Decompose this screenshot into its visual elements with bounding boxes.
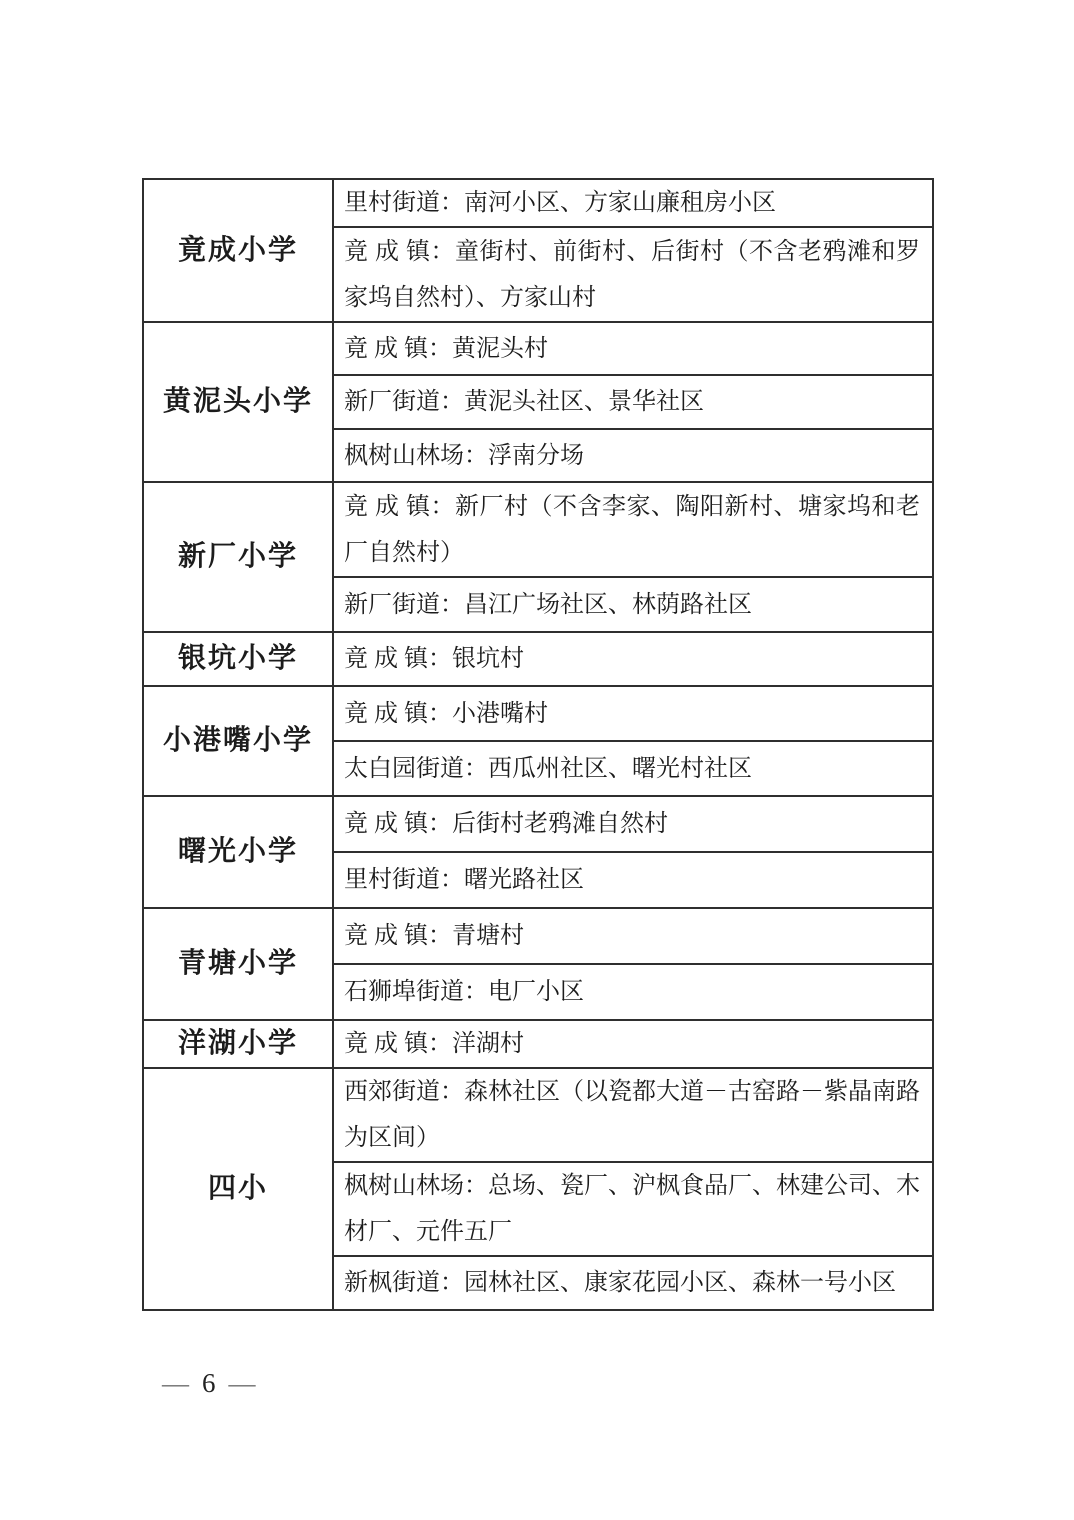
table-row: 竟成小学里村街道：南河小区、方家山廉租房小区 — [143, 179, 933, 227]
table-row: 黄泥头小学竟 成 镇：黄泥头村 — [143, 322, 933, 375]
zone-cell: 竟 成 镇：新厂村（不含李家、陶阳新村、塘家坞和老厂自然村） — [333, 482, 933, 577]
table-row: 洋湖小学竟 成 镇：洋湖村 — [143, 1020, 933, 1068]
zone-cell: 竟 成 镇：青塘村 — [333, 908, 933, 964]
document-page: 竟成小学里村街道：南河小区、方家山廉租房小区竟 成 镇：童街村、前街村、后街村（… — [0, 0, 1074, 1520]
zone-cell: 新枫街道：园林社区、康家花园小区、森林一号小区 — [333, 1256, 933, 1310]
zone-cell: 竟 成 镇：银坑村 — [333, 632, 933, 686]
zone-cell: 西郊街道：森林社区（以瓷都大道－古窑路－紫晶南路为区间） — [333, 1068, 933, 1162]
school-zone-table: 竟成小学里村街道：南河小区、方家山廉租房小区竟 成 镇：童街村、前街村、后街村（… — [142, 178, 934, 1311]
zone-cell: 里村街道：南河小区、方家山廉租房小区 — [333, 179, 933, 227]
zone-cell: 石狮埠街道：电厂小区 — [333, 964, 933, 1020]
zone-cell: 枫树山林场：总场、瓷厂、沪枫食品厂、林建公司、木材厂、元件五厂 — [333, 1162, 933, 1256]
zone-cell: 太白园街道：西瓜州社区、曙光村社区 — [333, 741, 933, 796]
school-name-cell: 新厂小学 — [143, 482, 333, 632]
page-number-dash-left: — — [162, 1368, 189, 1399]
school-name-cell: 小港嘴小学 — [143, 686, 333, 796]
zone-cell: 竟 成 镇：后街村老鸦滩自然村 — [333, 796, 933, 852]
school-name-cell: 曙光小学 — [143, 796, 333, 908]
table-row: 青塘小学竟 成 镇：青塘村 — [143, 908, 933, 964]
school-name-cell: 四小 — [143, 1068, 333, 1310]
table-row: 银坑小学竟 成 镇：银坑村 — [143, 632, 933, 686]
zone-cell: 竟 成 镇：洋湖村 — [333, 1020, 933, 1068]
table-row: 新厂小学竟 成 镇：新厂村（不含李家、陶阳新村、塘家坞和老厂自然村） — [143, 482, 933, 577]
page-number-value: 6 — [202, 1368, 216, 1399]
zone-cell: 竟 成 镇：小港嘴村 — [333, 686, 933, 741]
zone-cell: 里村街道：曙光路社区 — [333, 852, 933, 908]
school-name-cell: 黄泥头小学 — [143, 322, 333, 482]
table-row: 曙光小学竟 成 镇：后街村老鸦滩自然村 — [143, 796, 933, 852]
zone-cell: 竟 成 镇：黄泥头村 — [333, 322, 933, 375]
zone-cell: 新厂街道：昌江广场社区、林荫路社区 — [333, 577, 933, 632]
school-name-cell: 洋湖小学 — [143, 1020, 333, 1068]
document-body: { "table": { "rows": [ { "school": "竟成小学… — [0, 0, 1074, 1520]
page-number: — 6 — — [162, 1368, 256, 1399]
zone-cell: 竟 成 镇：童街村、前街村、后街村（不含老鸦滩和罗家坞自然村）、方家山村 — [333, 227, 933, 322]
zone-cell: 枫树山林场：浮南分场 — [333, 429, 933, 482]
table-row: 小港嘴小学竟 成 镇：小港嘴村 — [143, 686, 933, 741]
school-name-cell: 青塘小学 — [143, 908, 333, 1020]
page-number-dash-right: — — [229, 1368, 256, 1399]
table-row: 四小西郊街道：森林社区（以瓷都大道－古窑路－紫晶南路为区间） — [143, 1068, 933, 1162]
zone-cell: 新厂街道：黄泥头社区、景华社区 — [333, 375, 933, 429]
school-name-cell: 银坑小学 — [143, 632, 333, 686]
school-name-cell: 竟成小学 — [143, 179, 333, 322]
